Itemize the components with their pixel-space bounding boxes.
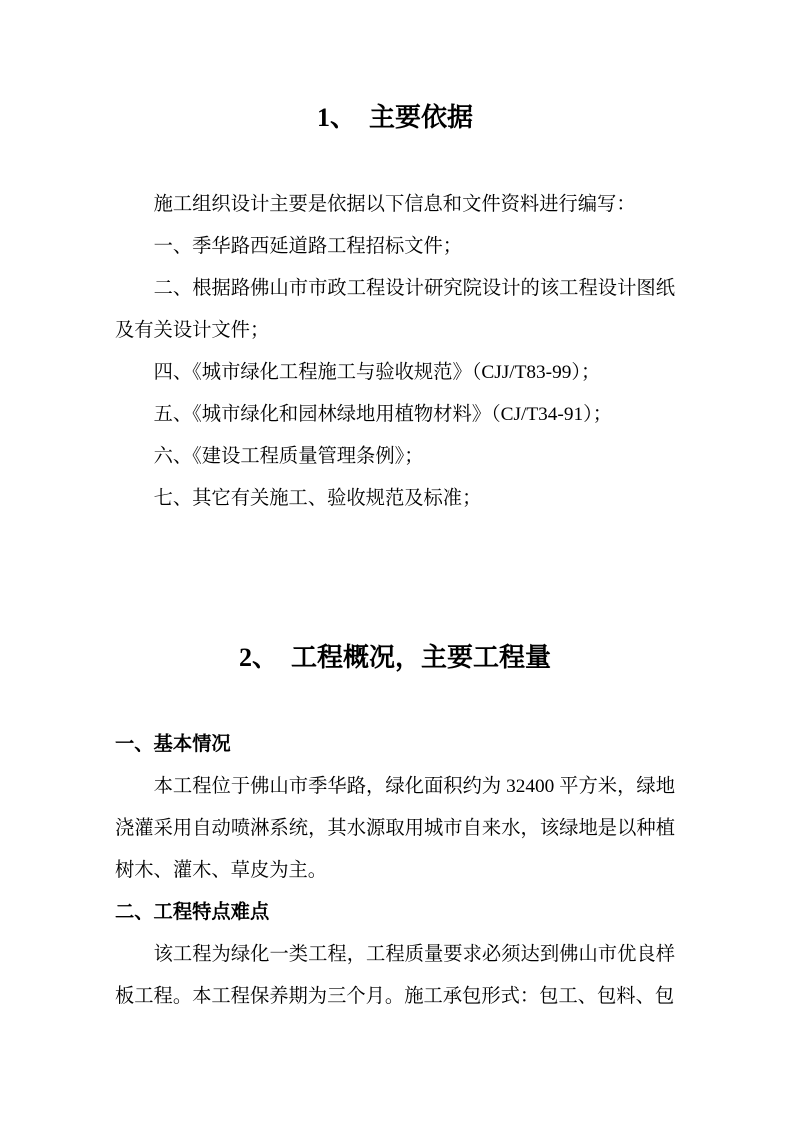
subheading-project-features: 二、工程特点难点 (115, 892, 675, 934)
list-item-6: 六、《建设工程质量管理条例》； (115, 436, 675, 478)
paragraph-intro: 施工组织设计主要是依据以下信息和文件资料进行编写： (115, 184, 675, 226)
section-1-body: 施工组织设计主要是依据以下信息和文件资料进行编写： 一、季华路西延道路工程招标文… (115, 184, 675, 520)
section-1-title: 1、 主要依据 (115, 97, 675, 139)
list-item-1: 一、季华路西延道路工程招标文件； (115, 226, 675, 268)
document-page: 1、 主要依据 施工组织设计主要是依据以下信息和文件资料进行编写： 一、季华路西… (0, 0, 793, 1122)
list-item-4: 四、《城市绿化工程施工与验收规范》（CJJ/T83-99）； (115, 352, 675, 394)
list-item-7: 七、其它有关施工、验收规范及标准； (115, 478, 675, 520)
section-2-title: 2、 工程概况，主要工程量 (115, 637, 675, 679)
list-item-5: 五、《城市绿化和园林绿地用植物材料》（CJ/T34-91）； (115, 394, 675, 436)
list-item-2: 二、根据路佛山市市政工程设计研究院设计的该工程设计图纸及有关设计文件； (115, 268, 675, 352)
subheading-basic-situation: 一、基本情况 (115, 724, 675, 766)
section-2-body: 一、基本情况 本工程位于佛山市季华路，绿化面积约为 32400 平方米，绿地浇灌… (115, 724, 675, 1018)
paragraph-basic-situation: 本工程位于佛山市季华路，绿化面积约为 32400 平方米，绿地浇灌采用自动喷淋系… (115, 766, 675, 892)
paragraph-project-features: 该工程为绿化一类工程，工程质量要求必须达到佛山市优良样板工程。本工程保养期为三个… (115, 934, 675, 1018)
